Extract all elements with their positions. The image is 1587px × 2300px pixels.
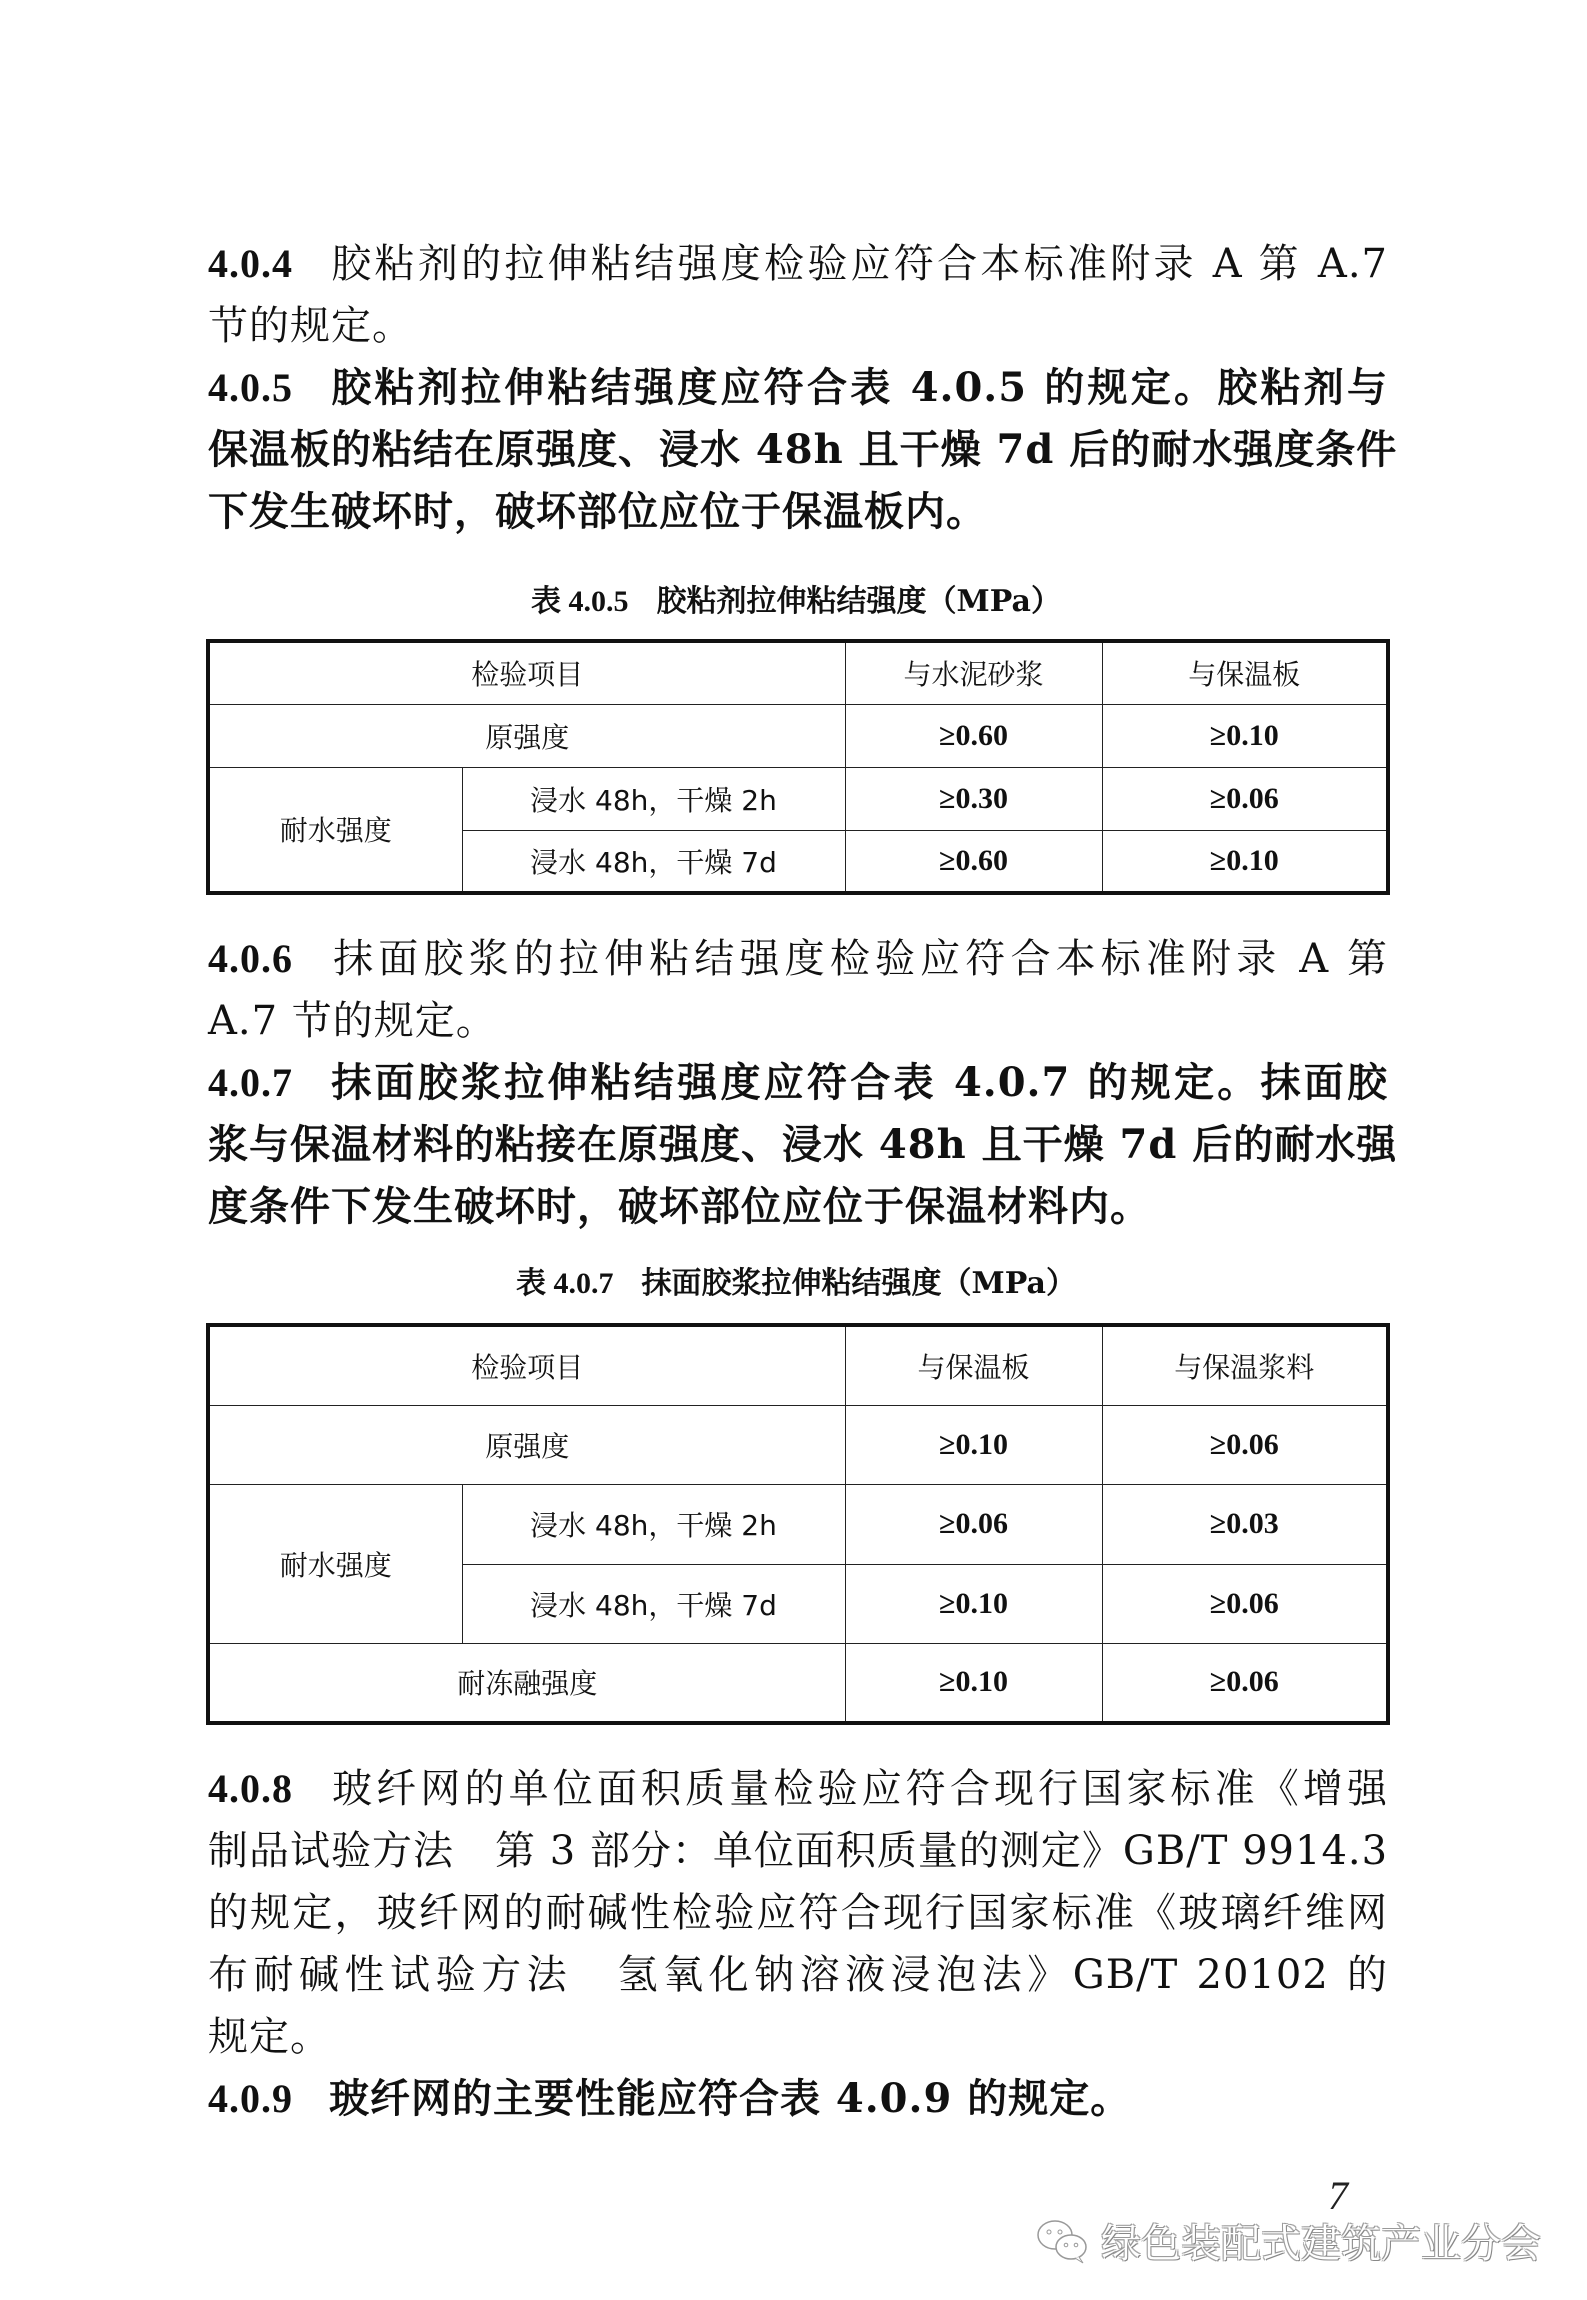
- table-4-0-5: 检验项目 与水泥砂浆 与保温板 原强度 ≥0.60 ≥0.10 耐水强度 浸水 …: [206, 639, 1390, 895]
- wechat-icon: [1035, 2217, 1091, 2265]
- table-4-0-7-caption: 表 4.0.7抹面胶浆拉伸粘结强度（MPa）: [206, 1262, 1386, 1306]
- header-cell: 与保温板: [845, 1325, 1102, 1405]
- section-4-0-8-line3: 的规定，玻纤网的耐碱性检验应符合现行国家标准《玻璃纤维网: [208, 1882, 1388, 1944]
- section-4-0-6-line1: 4.0.6抹面胶浆的拉伸粘结强度检验应符合本标准附录 A 第: [208, 928, 1388, 990]
- watermark-text: 绿色装配式建筑产业分会: [1101, 2212, 1541, 2269]
- table-4-0-5-caption: 表 4.0.5胶粘剂拉伸粘结强度（MPa）: [206, 580, 1386, 624]
- section-number: 4.0.8: [208, 1766, 293, 1811]
- section-number: 4.0.4: [208, 241, 293, 286]
- section-4-0-8-line4: 布耐碱性试验方法 氢氧化钠溶液浸泡法》GB/T 20102 的: [208, 1944, 1388, 2006]
- section-number: 4.0.5: [208, 365, 293, 410]
- header-cell: 检验项目: [208, 1325, 845, 1405]
- table-row: 原强度 ≥0.10 ≥0.06: [208, 1405, 1388, 1484]
- section-4-0-7-line2: 浆与保温材料的粘接在原强度、浸水 48h 且干燥 7d 后的耐水强: [208, 1114, 1388, 1176]
- group-cell: 耐水强度: [208, 1484, 462, 1643]
- table-header-row: 检验项目 与保温板 与保温浆料: [208, 1325, 1388, 1405]
- section-number: 4.0.6: [208, 936, 293, 981]
- section-4-0-5-line3: 下发生破坏时，破坏部位应位于保温板内。: [208, 481, 1388, 543]
- header-cell: 与保温浆料: [1102, 1325, 1388, 1405]
- table-header-row: 检验项目 与水泥砂浆 与保温板: [208, 641, 1388, 704]
- section-4-0-4-line1: 4.0.4胶粘剂的拉伸粘结强度检验应符合本标准附录 A 第 A.7: [208, 233, 1388, 295]
- section-4-0-8-line5: 规定。: [208, 2006, 1388, 2068]
- section-4-0-8-line2: 制品试验方法 第 3 部分：单位面积质量的测定》GB/T 9914.3: [208, 1820, 1388, 1882]
- table-row: 耐冻融强度 ≥0.10 ≥0.06: [208, 1643, 1388, 1723]
- section-number: 4.0.7: [208, 1060, 293, 1105]
- section-number: 4.0.9: [208, 2076, 293, 2121]
- watermark: 绿色装配式建筑产业分会: [1035, 2212, 1541, 2269]
- table-row: 耐水强度 浸水 48h，干燥 2h ≥0.30 ≥0.06: [208, 767, 1388, 830]
- section-4-0-4-line2: 节的规定。: [208, 295, 1388, 357]
- section-4-0-5-line2: 保温板的粘结在原强度、浸水 48h 且干燥 7d 后的耐水强度条件: [208, 419, 1388, 481]
- header-cell: 与水泥砂浆: [845, 641, 1102, 704]
- section-4-0-7-line1: 4.0.7抹面胶浆拉伸粘结强度应符合表 4.0.7 的规定。抹面胶: [208, 1052, 1388, 1114]
- table-row: 耐水强度 浸水 48h，干燥 2h ≥0.06 ≥0.03: [208, 1484, 1388, 1564]
- header-cell: 与保温板: [1102, 641, 1388, 704]
- header-cell: 检验项目: [208, 641, 845, 704]
- section-4-0-5-line1: 4.0.5胶粘剂拉伸粘结强度应符合表 4.0.5 的规定。胶粘剂与: [208, 357, 1388, 419]
- group-cell: 耐水强度: [208, 767, 462, 893]
- table-row: 原强度 ≥0.60 ≥0.10: [208, 704, 1388, 767]
- table-4-0-7: 检验项目 与保温板 与保温浆料 原强度 ≥0.10 ≥0.06 耐水强度 浸水 …: [206, 1323, 1390, 1725]
- section-4-0-8-line1: 4.0.8玻纤网的单位面积质量检验应符合现行国家标准《增强: [208, 1758, 1388, 1820]
- section-4-0-7-line3: 度条件下发生破坏时，破坏部位应位于保温材料内。: [208, 1176, 1388, 1238]
- section-4-0-9-line1: 4.0.9玻纤网的主要性能应符合表 4.0.9 的规定。: [208, 2068, 1388, 2130]
- section-4-0-6-line2: A.7 节的规定。: [208, 990, 1388, 1052]
